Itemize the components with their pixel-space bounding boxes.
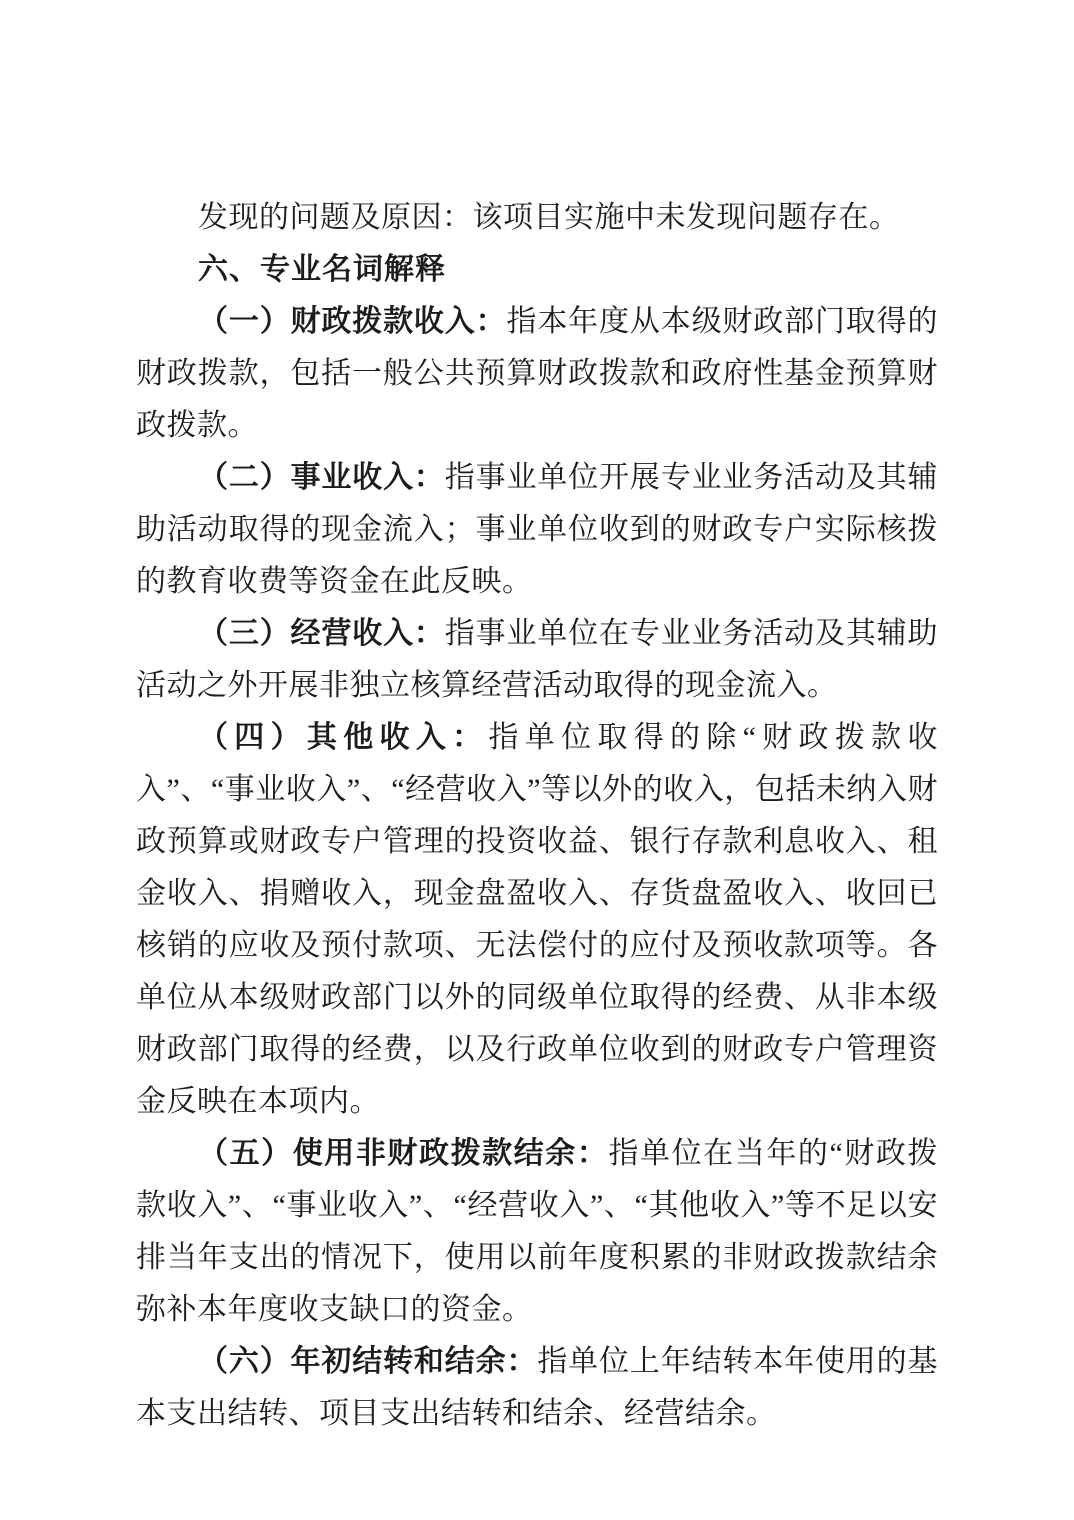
document-content: 发现的问题及原因：该项目实施中未发现问题存在。 六、专业名词解释 （一）财政拨款… (136, 192, 938, 1440)
definition-paragraph: （六）年初结转和结余：指单位上年结转本年使用的基本支出结转、项目支出结转和结余、… (136, 1336, 938, 1440)
definition-body: 指单位取得的除“财政拨款收入”、“事业收入”、“经营收入”等以外的收入，包括未纳… (136, 721, 938, 1118)
definition-term: （一）财政拨款收入： (198, 305, 506, 338)
intro-paragraph-text: 发现的问题及原因：该项目实施中未发现问题存在。 (198, 201, 900, 234)
definition-term: （五）使用非财政拨款结余： (198, 1137, 608, 1170)
definition-term: （二）事业收入： (198, 461, 445, 494)
definition-term: （四）其他收入： (198, 721, 488, 754)
definition-term: （三）经营收入： (198, 617, 445, 650)
definition-paragraph: （五）使用非财政拨款结余：指单位在当年的“财政拨款收入”、“事业收入”、“经营收… (136, 1128, 938, 1336)
definition-term: （六）年初结转和结余： (198, 1345, 537, 1378)
document-page: 发现的问题及原因：该项目实施中未发现问题存在。 六、专业名词解释 （一）财政拨款… (0, 0, 1074, 1520)
section-heading-text: 六、专业名词解释 (198, 253, 446, 286)
definition-paragraph: （二）事业收入：指事业单位开展专业业务活动及其辅助活动取得的现金流入；事业单位收… (136, 452, 938, 608)
section-heading: 六、专业名词解释 (136, 244, 938, 296)
definition-paragraph: （四）其他收入：指单位取得的除“财政拨款收入”、“事业收入”、“经营收入”等以外… (136, 712, 938, 1128)
definition-paragraph: （三）经营收入：指事业单位在专业业务活动及其辅助活动之外开展非独立核算经营活动取… (136, 608, 938, 712)
intro-paragraph: 发现的问题及原因：该项目实施中未发现问题存在。 (136, 192, 938, 244)
definition-paragraph: （一）财政拨款收入：指本年度从本级财政部门取得的财政拨款，包括一般公共预算财政拨… (136, 296, 938, 452)
